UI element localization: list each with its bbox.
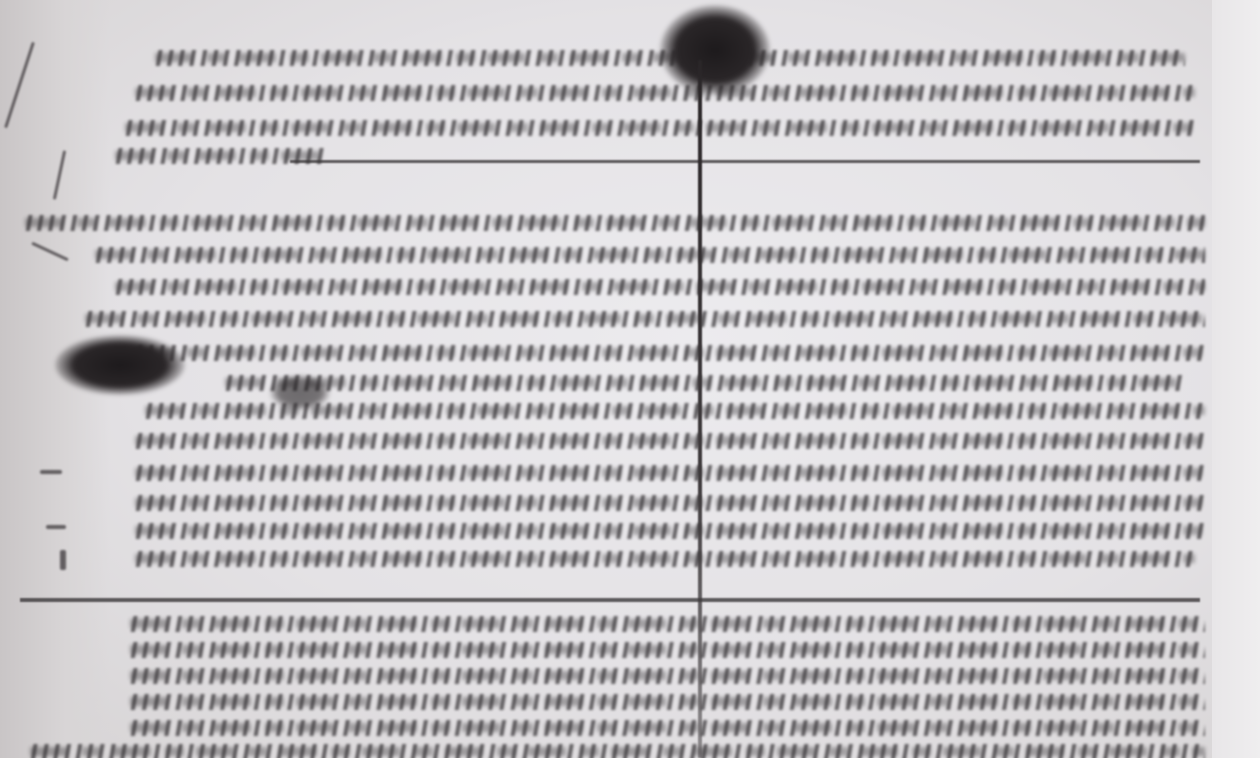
line-text: [illegible handwriting] <box>130 640 289 656</box>
line-text: [illegible handwriting] <box>135 463 294 479</box>
ink-smudge <box>270 375 330 410</box>
text-line: [illegible handwriting] <box>135 465 1205 481</box>
text-line: [illegible handwriting] <box>130 616 1205 632</box>
text-line: [illegible handwriting] <box>135 523 1205 539</box>
line-text: [illegible handwriting] <box>115 146 274 162</box>
line-text: [illegible handwriting] <box>135 549 294 565</box>
line-text: [illegible handwriting] <box>30 742 189 758</box>
text-line: [illegible handwriting] <box>130 668 1205 684</box>
text-line: [illegible handwriting] <box>85 311 1205 327</box>
text-line: [illegible handwriting] <box>135 433 1205 449</box>
text-line: [illegible handwriting] <box>135 551 1195 567</box>
ink-blot-top <box>660 5 770 95</box>
right-paper-edge <box>1212 0 1260 758</box>
text-line: [illegible handwriting] <box>130 642 1205 658</box>
text-line: [illegible handwriting] <box>25 215 1205 231</box>
text-line: [illegible handwriting] <box>115 279 1205 295</box>
text-line: [illegible handwriting] <box>125 120 1195 136</box>
text-line: [illegible handwriting] <box>135 85 1195 101</box>
ink-blot-left <box>55 335 185 395</box>
line-text: [illegible handwriting] <box>25 213 184 229</box>
line-text: [illegible handwriting] <box>130 718 289 734</box>
horizontal-rule <box>290 160 1200 163</box>
line-text: [illegible handwriting] <box>130 692 289 708</box>
text-block-1: [illegible handwriting] [illegible handw… <box>95 30 1205 170</box>
line-text: [illegible handwriting] <box>130 666 289 682</box>
line-text: [illegible handwriting] <box>130 614 289 630</box>
line-text: [illegible handwriting] <box>135 431 294 447</box>
line-text: [illegible handwriting] <box>135 493 294 509</box>
line-text: [illegible handwriting] <box>135 521 294 537</box>
text-line: [illegible handwriting] <box>225 375 1185 391</box>
text-line: [illegible handwriting] <box>130 694 1205 710</box>
text-line: [illegible handwriting] <box>135 345 1205 361</box>
line-text: [illegible handwriting] <box>155 48 314 64</box>
line-text: [illegible handwriting] <box>85 309 244 325</box>
text-line: [illegible handwriting] <box>130 720 1205 736</box>
line-text: [illegible handwriting] <box>95 245 254 261</box>
text-block-2: [illegible handwriting] [illegible handw… <box>25 205 1205 565</box>
text-line: [illegible handwriting] <box>95 247 1205 263</box>
line-text: [illegible handwriting] <box>135 83 294 99</box>
text-block-3: [illegible handwriting] [illegible handw… <box>130 610 1205 758</box>
line-text: [illegible handwriting] <box>125 118 284 134</box>
text-line: [illegible handwriting] <box>30 744 1205 758</box>
ink-drip <box>698 60 702 758</box>
line-text: [illegible handwriting] <box>115 277 274 293</box>
text-line: [illegible handwriting] <box>135 495 1205 511</box>
horizontal-rule <box>20 598 1200 602</box>
manuscript-page: [illegible handwriting] [illegible handw… <box>0 0 1260 758</box>
